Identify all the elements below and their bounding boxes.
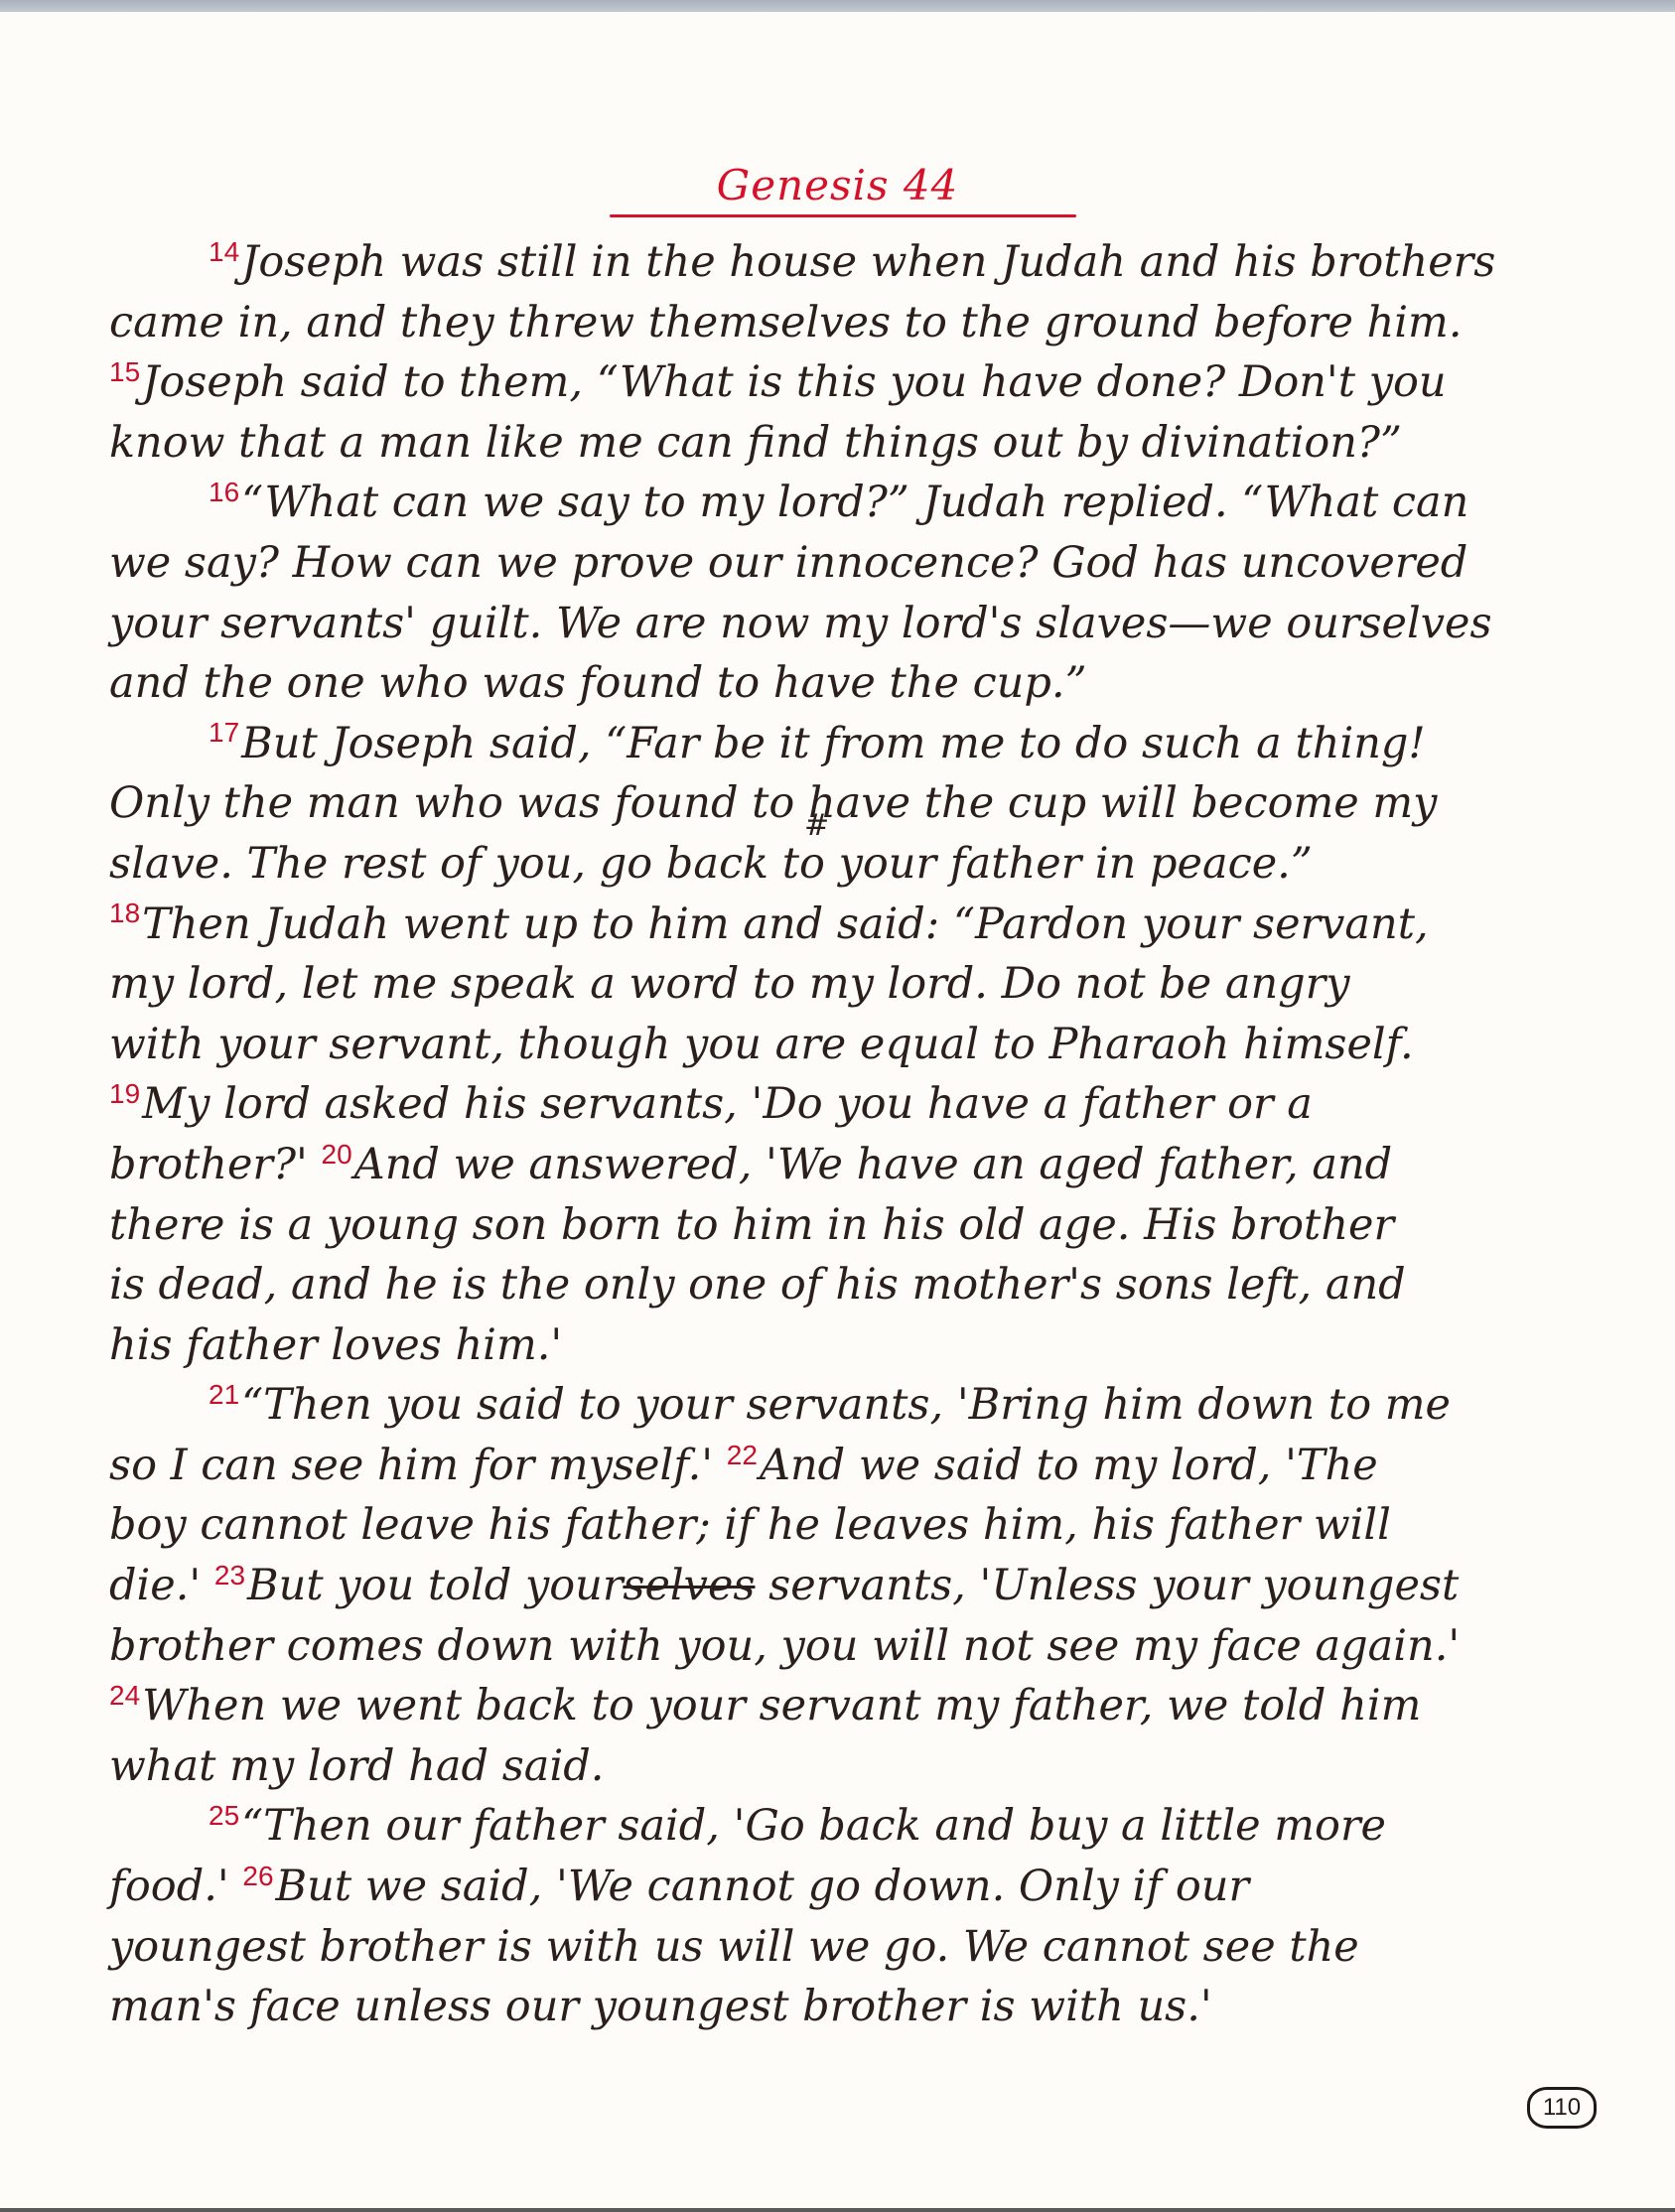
line-text: When we went back to your servant my fat… [142, 1681, 1421, 1730]
verse-number: 17 [209, 717, 239, 748]
text-line: know that a man like me can find things … [109, 413, 1628, 474]
text-line: 25“Then our father said, 'Go back and bu… [109, 1796, 1628, 1857]
title-underline [610, 214, 1076, 217]
text-line: 19My lord asked his servants, 'Do you ha… [109, 1074, 1628, 1135]
page-title: Genesis 44 [0, 161, 1675, 209]
text-line: 17But Joseph said, “Far be it from me to… [109, 714, 1628, 774]
line-text: there is a young son born to him in his … [109, 1200, 1394, 1250]
line-text: so I can see him for myself.' [109, 1441, 727, 1490]
text-line: is dead, and he is the only one of his m… [109, 1255, 1628, 1315]
line-text: we say? How can we prove our innocence? … [109, 538, 1467, 588]
corrected-word: have [808, 778, 910, 828]
line-text: “What can we say to my lord?” Judah repl… [241, 478, 1468, 527]
verse-number: 22 [727, 1440, 758, 1470]
line-text: But you told your [247, 1561, 623, 1610]
text-line: your servants' guilt. We are now my lord… [109, 594, 1628, 654]
text-line: brother comes down with you, you will no… [109, 1616, 1628, 1677]
text-line: his father loves him.' [109, 1315, 1628, 1376]
line-text: My lord asked his servants, 'Do you have… [142, 1079, 1313, 1129]
text-line: what my lord had said. [109, 1736, 1628, 1797]
scan-bottom-edge [0, 2208, 1675, 2212]
line-text: brother comes down with you, you will no… [109, 1621, 1460, 1671]
line-text: die.' [109, 1561, 214, 1610]
text-line: there is a young son born to him in his … [109, 1195, 1628, 1256]
line-text: food.' [109, 1862, 242, 1911]
text-line: 16“What can we say to my lord?” Judah re… [109, 473, 1628, 533]
verse-number: 15 [109, 356, 140, 387]
verse-number: 16 [209, 477, 239, 507]
line-text: youngest brother is with us will we go. … [109, 1922, 1359, 1972]
line-text: his father loves him.' [109, 1320, 562, 1370]
text-line: 21“Then you said to your servants, 'Brin… [109, 1375, 1628, 1436]
text-line: my lord, let me speak a word to my lord.… [109, 954, 1628, 1015]
page-number-badge: 110 [1527, 2087, 1597, 2129]
text-line: die.' 23But you told yourselves servants… [109, 1556, 1628, 1616]
text-line: 15Joseph said to them, “What is this you… [109, 352, 1628, 413]
handwritten-page: Genesis 44 14Joseph was still in the hou… [0, 12, 1675, 2208]
line-text: servants, 'Unless your youngest [755, 1561, 1459, 1610]
verse-number: 23 [214, 1560, 245, 1590]
line-text: Only the man who was found to [109, 778, 808, 828]
line-text: the cup will become my [910, 778, 1437, 828]
line-text: with your servant, though you are equal … [109, 1020, 1414, 1069]
line-text: Joseph said to them, “What is this you h… [142, 357, 1446, 407]
text-line: came in, and they threw themselves to th… [109, 293, 1628, 353]
verse-number: 19 [109, 1078, 140, 1109]
line-text: “Then our father said, 'Go back and buy … [241, 1801, 1386, 1851]
line-text: is dead, and he is the only one of his m… [109, 1260, 1406, 1310]
line-text: boy cannot leave his father; if he leave… [109, 1500, 1391, 1550]
line-text: my lord, let me speak a word to my lord.… [109, 959, 1350, 1009]
line-text: brother?' [109, 1140, 322, 1189]
line-text: came in, and they threw themselves to th… [109, 298, 1463, 347]
text-line: 24When we went back to your servant my f… [109, 1676, 1628, 1736]
text-line: food.' 26But we said, 'We cannot go down… [109, 1857, 1628, 1917]
verse-number: 24 [109, 1680, 140, 1711]
text-line: and the one who was found to have the cu… [109, 653, 1628, 714]
line-text: and the one who was found to have the cu… [109, 658, 1087, 708]
scripture-text: 14Joseph was still in the house when Jud… [109, 232, 1628, 2037]
text-line: 14Joseph was still in the house when Jud… [109, 232, 1628, 293]
text-line: with your servant, though you are equal … [109, 1015, 1628, 1075]
line-text: slave. The rest of you, go back to your … [109, 839, 1313, 889]
line-text: your servants' guilt. We are now my lord… [109, 599, 1492, 648]
text-line: man's face unless our youngest brother i… [109, 1977, 1628, 2037]
text-line: 18Then Judah went up to him and said: “P… [109, 895, 1628, 955]
line-text: And we said to my lord, 'The [760, 1441, 1378, 1490]
line-text: Then Judah went up to him and said: “Par… [142, 899, 1429, 949]
text-line: Only the man who was found to have the c… [109, 773, 1628, 834]
line-text: But Joseph said, “Far be it from me to d… [241, 719, 1426, 768]
text-line: brother?' 20And we answered, 'We have an… [109, 1135, 1628, 1195]
text-line: youngest brother is with us will we go. … [109, 1917, 1628, 1978]
line-text: But we said, 'We cannot go down. Only if… [276, 1862, 1250, 1911]
line-text: And we answered, 'We have an aged father… [354, 1140, 1393, 1189]
verse-number: 21 [209, 1379, 239, 1410]
text-line: boy cannot leave his father; if he leave… [109, 1495, 1628, 1556]
line-text: know that a man like me can find things … [109, 418, 1402, 468]
text-line: so I can see him for myself.' 22And we s… [109, 1436, 1628, 1496]
line-text: what my lord had said. [109, 1741, 604, 1791]
line-text: “Then you said to your servants, 'Bring … [241, 1380, 1451, 1430]
line-text: man's face unless our youngest brother i… [109, 1982, 1212, 2031]
verse-number: 20 [322, 1139, 352, 1170]
struck-out-text: selves [623, 1561, 755, 1610]
line-text: Joseph was still in the house when Judah… [241, 237, 1495, 287]
verse-number: 25 [209, 1800, 239, 1831]
verse-number: 14 [209, 236, 239, 267]
text-line: we say? How can we prove our innocence? … [109, 533, 1628, 594]
text-line: slave. The rest of you, go back to your … [109, 834, 1628, 895]
verse-number: 26 [242, 1861, 273, 1891]
verse-number: 18 [109, 898, 140, 928]
